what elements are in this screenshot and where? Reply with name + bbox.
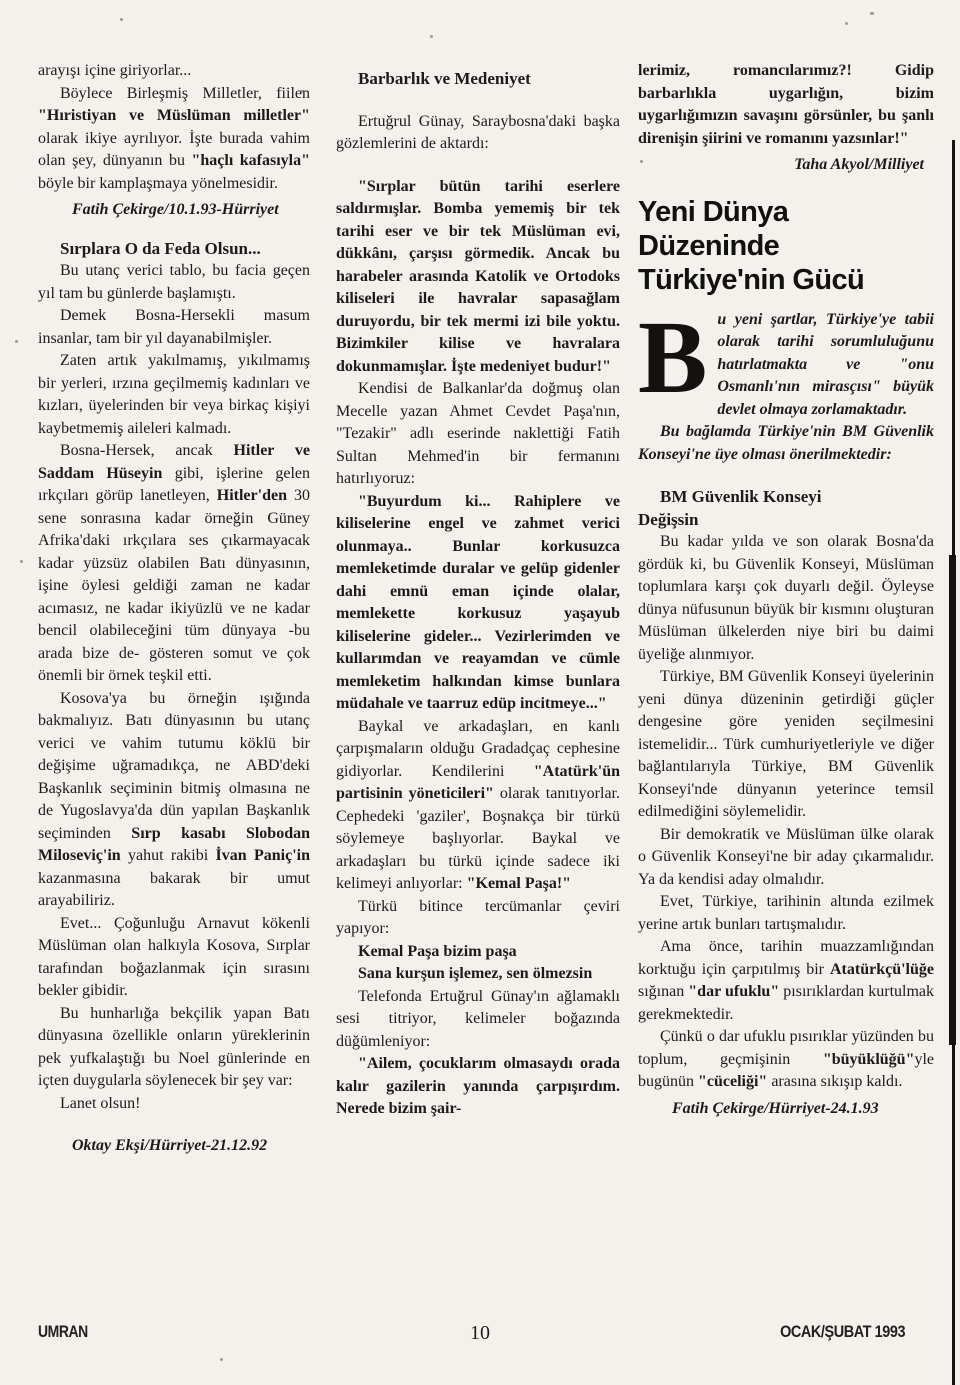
scan-noise [640,160,643,163]
magazine-page: arayışı içine giriyorlar...Böylece Birle… [0,0,960,1385]
text-run: "büyüklüğü" [823,1051,915,1068]
scan-noise [430,35,433,38]
text-run: Evet, Türkiye, tarihinin altında ezilmek… [638,893,934,933]
text-run: Lanet olsun! [60,1095,140,1112]
text-run: Bu hunharlığa bekçilik yapan Batı dünyas… [38,1005,310,1090]
paragraph: Çünkü o dar ufuklu pısırıklar yüzünden b… [638,1026,934,1094]
page-footer: UMRAN 10 OCAK/ŞUBAT 1993 [0,1322,960,1352]
attribution: Fatih Çekirge/10.1.93-Hürriyet [38,199,310,222]
paragraph: Bosna-Hersek, ancak Hitler ve Saddam Hüs… [38,440,310,688]
text-run: İvan Paniç'in [216,847,310,864]
paragraph: Bu kadar yılda ve son olarak Bosna'da gö… [638,531,934,666]
text-run: Kendisi de Balkanlar'da doğmuş olan Mece… [336,380,620,487]
paragraph: arayışı içine giriyorlar... [38,60,310,83]
text-run: "cüceliği" [698,1073,767,1090]
paragraph: Türkiye, BM Güvenlik Konseyi üyelerinin … [638,666,934,824]
text-run: Atatürkçü'lüğe [830,961,934,978]
paragraph: Kendisi de Balkanlar'da doğmuş olan Mece… [336,378,620,491]
text-run: arayışı içine giriyorlar... [38,62,191,79]
text-run: Fatih Çekirge/10.1.93-Hürriyet [72,201,279,218]
text-run: Bu utanç verici tablo, bu facia geçen yı… [38,262,310,302]
text-run: böyle bir kamplaşmaya yönelmesidir. [38,175,278,192]
folk-song-line: Sana kurşun işlemez, sen ölmezsin [336,963,620,986]
column-middle: Barbarlık ve MedeniyetErtuğrul Günay, Sa… [336,60,620,1121]
text-run: 30 sene sonrasına kadar örneğin Güney Af… [38,487,310,684]
paragraph: "Ailem, çocuklarım olmasaydı orada kalır… [336,1053,620,1121]
text-run: Böylece Birleşmiş Milletler, fiilen [60,85,310,102]
paragraph: Ama önce, tarihin muazzamlığından korktu… [638,936,934,1026]
paragraph: lerimiz, romancılarımız?! Gidip barbarlı… [638,60,934,150]
text-run: "Ailem, çocuklarım olmasaydı orada kalır… [336,1055,620,1117]
text-run: arasına sıkışıp kaldı. [767,1073,902,1090]
text-run: "Sırplar bütün tarihi eserlere saldırmış… [336,178,620,375]
attribution: Fatih Çekirge/Hürriyet-24.1.93 [638,1098,934,1121]
text-run: Telefonda Ertuğrul Günay'ın ağlamaklı se… [336,988,620,1050]
text-run: Taha Akyol/Milliyet [794,156,924,173]
paragraph: Ertuğrul Günay, Saraybosna'daki başka gö… [336,111,620,156]
text-run: Bu bağlamda Türkiye'nin BM Güvenlik Kons… [638,423,934,463]
text-run: Kosova'ya bu örneğin ışığında bakmalıyız… [38,690,310,842]
column-right: lerimiz, romancılarımız?! Gidip barbarlı… [638,60,934,1136]
paragraph: Bu yeni şartlar, Türkiye'ye tabii olarak… [638,309,934,422]
text-run: "Buyurdum ki... Rahiplere ve kiliselerin… [336,493,620,713]
text-run: "Kemal Paşa!" [467,875,571,892]
folk-song-line: Kemal Paşa bizim paşa [336,941,620,964]
paragraph: Bu hunharlığa bekçilik yapan Batı dünyas… [38,1003,310,1093]
paragraph: Türkü bitince tercümanlar çeviri yapıyor… [336,896,620,941]
text-run: "haçlı kafasıyla" [191,152,310,169]
paragraph: Baykal ve arkadaşları, en kanlı çarpışma… [336,716,620,896]
text-run: "Hıristiyan ve Müslüman milletler" [38,107,310,124]
paragraph: Zaten artık yakılmamış, yıkılmamış bir y… [38,350,310,440]
text-run: Türkü bitince tercümanlar çeviri yapıyor… [336,898,620,938]
scan-noise [20,560,23,563]
text-run: "dar ufuklu" [688,983,779,1000]
text-run: Ertuğrul Günay, Saraybosna'daki başka gö… [336,113,620,153]
text-run: u yeni şartlar, Türkiye'ye tabii olarak … [717,311,934,418]
text-run: Kemal Paşa bizim paşa [358,943,517,960]
text-run: Bir demokratik ve Müslüman ülke olarak o… [638,826,934,888]
article-title: Yeni Dünya Düzeninde Türkiye'nin Gücü [638,195,934,297]
scan-edge-line [949,555,956,1045]
paragraph: Telefonda Ertuğrul Günay'ın ağlamaklı se… [336,986,620,1054]
paragraph: Lanet olsun! [38,1093,310,1116]
paragraph: Demek Bosna-Hersekli masum insanlar, tam… [38,305,310,350]
section-subhead: Barbarlık ve Medeniyet [336,68,620,91]
paragraph: Bu utanç verici tablo, bu facia geçen yı… [38,260,310,305]
text-run: Oktay Ekşi/Hürriyet-21.12.92 [72,1137,267,1154]
paragraph: Bir demokratik ve Müslüman ülke olarak o… [638,824,934,892]
text-run: Zaten artık yakılmamış, yıkılmamış bir y… [38,352,310,437]
attribution: Oktay Ekşi/Hürriyet-21.12.92 [38,1135,310,1158]
text-run: lerimiz, romancılarımız?! Gidip barbarlı… [638,62,934,147]
scan-noise [120,18,123,21]
text-run: Fatih Çekirge/Hürriyet-24.1.93 [672,1100,879,1117]
paragraph: Bu bağlamda Türkiye'nin BM Güvenlik Kons… [638,421,934,466]
text-run: sığınan [638,983,688,1000]
column-left: arayışı içine giriyorlar...Böylece Birle… [38,60,310,1174]
scan-noise [845,22,848,25]
drop-cap: B [638,309,717,401]
text-run: Sırplara O da Feda Olsun... [60,239,261,258]
text-run: yahut rakibi [121,847,216,864]
text-run: Hitler'den [217,487,287,504]
scan-noise [870,12,874,15]
paragraph: Kosova'ya bu örneğin ışığında bakmalıyız… [38,688,310,913]
scan-noise [15,340,18,343]
text-run: Evet... Çoğunluğu Arnavut kökenli Müslüm… [38,915,310,1000]
attribution: Taha Akyol/Milliyet [638,154,934,177]
issue-date: OCAK/ŞUBAT 1993 [780,1322,905,1342]
section-subhead: Sırplara O da Feda Olsun... [38,238,310,261]
paragraph: Evet... Çoğunluğu Arnavut kökenli Müslüm… [38,913,310,1003]
paragraph: Evet, Türkiye, tarihinin altında ezilmek… [638,891,934,936]
paragraph: "Sırplar bütün tarihi eserlere saldırmış… [336,176,620,379]
text-run: Sana kurşun işlemez, sen ölmezsin [358,965,592,982]
text-run: Bosna-Hersek, ancak [60,442,234,459]
text-run: BM Güvenlik Konseyi Değişsin [638,487,822,529]
scan-noise [300,90,303,93]
section-subhead: BM Güvenlik Konseyi Değişsin [638,486,934,531]
text-run: Demek Bosna-Hersekli masum insanlar, tam… [38,307,310,347]
scan-noise [220,1358,223,1361]
paragraph: Böylece Birleşmiş Milletler, fiilen "Hır… [38,83,310,196]
paragraph: "Buyurdum ki... Rahiplere ve kiliselerin… [336,491,620,716]
text-run: kazanmasına bakarak bir umut arayabiliri… [38,870,310,910]
text-run: Yeni Dünya Düzeninde Türkiye'nin Gücü [638,196,864,296]
text-run: Bu kadar yılda ve son olarak Bosna'da gö… [638,533,934,663]
text-run: Türkiye, BM Güvenlik Konseyi üyelerinin … [638,668,934,820]
text-run: Barbarlık ve Medeniyet [358,69,531,88]
